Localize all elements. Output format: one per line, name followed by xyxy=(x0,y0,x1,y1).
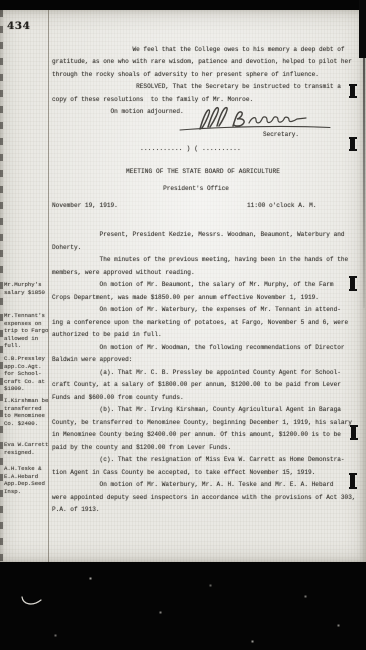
secretary-title: Secretary. xyxy=(263,129,299,142)
page-number: 434 xyxy=(7,21,30,32)
margin-note-pressley-appointed: C.B.Pressley app.Co.Agt. for School- cra… xyxy=(4,355,50,393)
scan-corner-shadow xyxy=(359,0,366,58)
meeting-date: November 19, 1919. xyxy=(52,200,118,213)
page-left-edge xyxy=(0,10,3,562)
margin-note-teske-hebard: A.H.Teske & E.A.Hebard App.Dep.Seed Insp… xyxy=(4,465,50,495)
ink-mark xyxy=(350,85,355,97)
meeting-time: 11:00 o'clock A. M. xyxy=(247,200,316,213)
ink-mark xyxy=(350,474,355,488)
scratch-mark-icon xyxy=(20,594,44,608)
minutes-body: Present, President Kedzie, Messrs. Woodm… xyxy=(52,229,356,517)
ink-mark xyxy=(350,277,355,290)
margin-note-carrett-resigned: Eva W.Carrett resigned. xyxy=(4,441,50,456)
office-line: President's Office xyxy=(48,183,344,196)
secretary-signature-icon xyxy=(170,104,335,134)
margin-note-tennant-expenses: Mr.Tennant's expenses on trip to Fargo a… xyxy=(4,312,50,350)
section-divider-dots: ........... ) ( .......... xyxy=(140,143,241,156)
scanned-minutes-photo: 434 We feel that the College owes to his… xyxy=(0,0,366,650)
margin-note-murphy-salary: Mr.Murphy's salary $1850 xyxy=(4,281,50,296)
ink-mark xyxy=(351,426,356,439)
scan-edge-line xyxy=(363,58,365,308)
dust-speckles xyxy=(0,0,1,1)
ink-mark xyxy=(350,138,355,150)
margin-note-kirshman-transfer: I.Kirshman be transferred to Menominee C… xyxy=(4,397,50,427)
meeting-title: MEETING OF THE STATE BOARD OF AGRICULTUR… xyxy=(48,166,358,179)
